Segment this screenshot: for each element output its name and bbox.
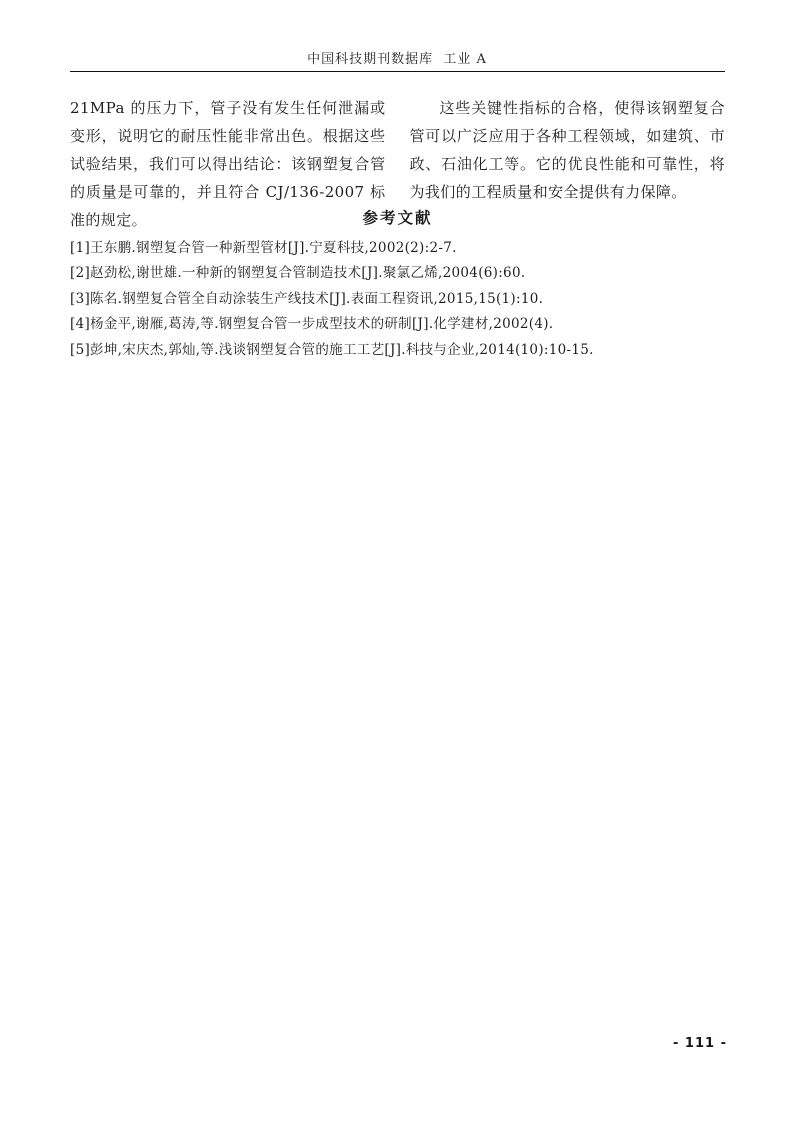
journal-page: 中国科技期刊数据库 工业 A 21MPa 的压力下，管子没有发生任何泄漏或变形，… bbox=[0, 0, 794, 1123]
references-list: [1]王东鹏.钢塑复合管一种新型管材[J].宁夏科技,2002(2):2-7. … bbox=[70, 236, 725, 363]
references-section: 参考文献 [1]王东鹏.钢塑复合管一种新型管材[J].宁夏科技,2002(2):… bbox=[70, 206, 725, 363]
reference-item: [3]陈名.钢塑复合管全自动涂装生产线技术[J].表面工程资讯,2015,15(… bbox=[70, 287, 725, 312]
reference-item: [1]王东鹏.钢塑复合管一种新型管材[J].宁夏科技,2002(2):2-7. bbox=[70, 236, 725, 261]
reference-item: [5]彭坤,宋庆杰,郭灿,等.浅谈钢塑复合管的施工工艺[J].科技与企业,201… bbox=[70, 338, 725, 363]
header-rule bbox=[70, 71, 725, 72]
reference-item: [4]杨金平,谢雁,葛涛,等.钢塑复合管一步成型技术的研制[J].化学建材,20… bbox=[70, 312, 725, 337]
page-number: - 111 - bbox=[650, 1036, 750, 1051]
running-head: 中国科技期刊数据库 工业 A bbox=[0, 48, 794, 67]
references-heading: 参考文献 bbox=[70, 206, 725, 228]
reference-item: [2]赵劲松,谢世雄.一种新的钢塑复合管制造技术[J].聚氯乙烯,2004(6)… bbox=[70, 261, 725, 286]
body-paragraph-right: 这些关键性指标的合格，使得该钢塑复合管可以广泛应用于各种工程领域，如建筑、市政、… bbox=[410, 94, 726, 206]
